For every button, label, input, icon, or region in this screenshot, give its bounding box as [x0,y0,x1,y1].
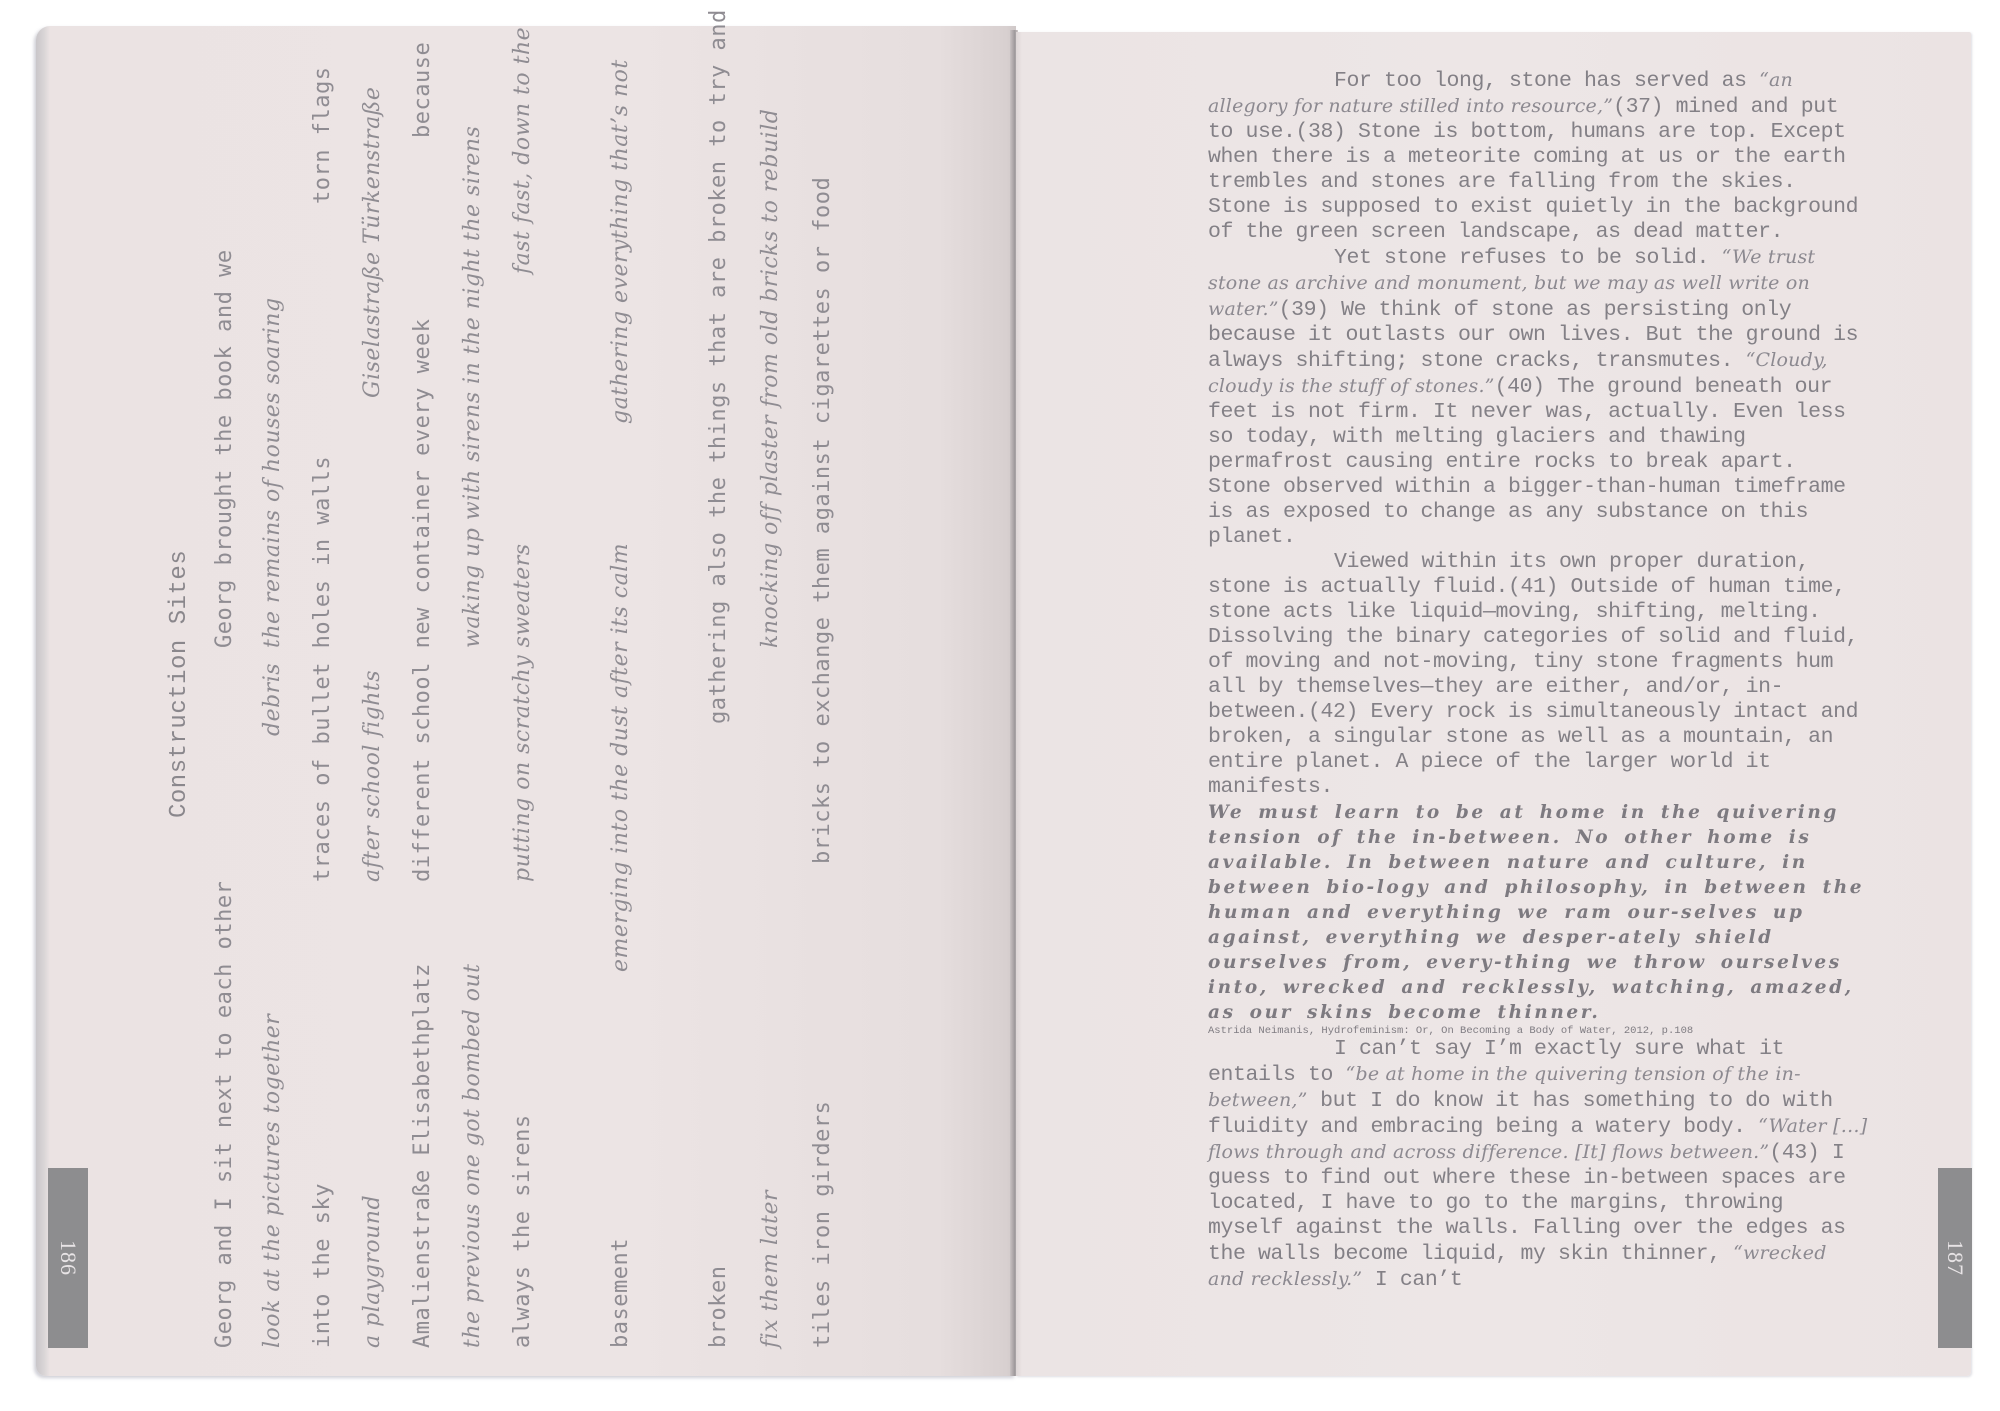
poem-line-7b: putting on scratchy sweaters [512,543,534,882]
poem-line-6a: the previous one got bombed out [462,963,484,1348]
poem-line-11a: tiles iron girders [812,1101,834,1348]
page-number-187: 187 [1942,1240,1968,1276]
poem-title: Construction Sites [168,550,192,818]
paragraph-2: Yet stone refuses to be solid. “We trust… [1208,245,1868,550]
book-spread: Construction Sites Georg and I sit next … [0,0,2000,1411]
poem-line-6b: waking up with sirens in the night the s… [462,126,484,648]
left-page: Construction Sites Georg and I sit next … [36,26,1016,1376]
poem-line-9b: gathering also the things that are broke… [708,9,730,724]
poem-line-1a: Georg and I sit next to each other [214,881,236,1348]
poem-line-2a: look at the pictures together [262,1014,284,1348]
poem-line-3b: traces of bullet holes in walls [312,456,334,882]
poem-line-8b: emerging into the dust after its calm [610,543,632,972]
poem-line-11b: bricks to exchange them against cigarett… [812,177,834,864]
paragraph-1: For too long, stone has served as “an al… [1208,68,1868,245]
paragraph-3: Viewed within its own proper duration, s… [1208,550,1868,800]
quote-citation: Astrida Neimanis, Hydrofeminism: Or, On … [1208,1025,1868,1037]
page-number-186: 186 [55,1240,81,1276]
paragraph-1-text-b: (37) mined and put to use.(38) Stone is … [1208,95,1858,244]
poem-line-3c: torn flags [312,67,334,204]
page-number-tab-left: 186 [48,1168,88,1348]
poem-line-4a: a playground [362,1195,384,1348]
right-page-body: For too long, stone has served as “an al… [1208,68,1868,1293]
poem-line-7c: fast fast, down to the [512,27,534,274]
poem-line-5c: because [412,42,434,138]
poem-rotated: Construction Sites Georg and I sit next … [36,26,1016,1376]
poem-line-8a: basement [610,1238,632,1348]
paragraph-1-text-a: For too long, stone has served as [1334,69,1747,93]
page-number-tab-right: 187 [1938,1168,1972,1348]
poem-line-4b: after school fights [362,670,384,882]
paragraph-2-text-a: Yet stone refuses to be solid. [1334,246,1709,270]
poem-line-4c: Giselastraße Türkenstraße [362,87,384,398]
paragraph-4-text-d: I can’t [1375,1268,1463,1292]
poem-line-2b: debris [262,663,284,736]
poem-line-10a: fix them later [760,1190,782,1348]
paragraph-4: I can’t say I’m exactly sure what it ent… [1208,1037,1868,1293]
poem-line-5b: different school new container every wee… [412,318,434,882]
poem-line-2c: the remains of houses soaring [262,297,284,648]
poem-line-8c: gathering everything that’s not [610,59,632,424]
poem-line-5a: Amalienstraße Elisabethplatz [412,963,434,1348]
poem-line-7a: always the sirens [512,1114,534,1348]
poem-line-9a: broken [708,1266,730,1348]
poem-line-10b: knocking off plaster from old bricks to … [760,109,782,648]
poem-line-1b: Georg brought the book and we [214,249,236,648]
paragraph-2-text-c: (40) The ground beneath our feet is not … [1208,375,1846,549]
block-quote: We must learn to be at home in the quive… [1208,800,1868,1025]
poem-line-3a: into the sky [312,1183,334,1348]
